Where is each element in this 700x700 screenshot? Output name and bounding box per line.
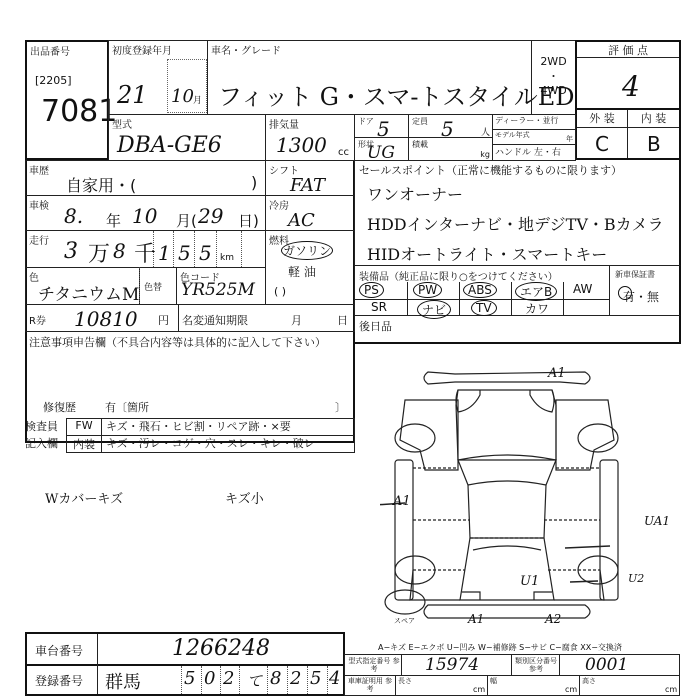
inspector-label-1: 検査員: [25, 418, 58, 435]
drive-2wd: 2WD: [532, 55, 575, 68]
color-code-box: 色コード YR525M: [176, 267, 266, 305]
damage-legend: A−キズ E−エクボ U−凹み W−補修跡 S−サビ C−腐食 XX−交換済: [378, 642, 622, 653]
type-info-box: 型式指定番号 参考 15974 類別区分番号 参考 0001 車庫証明用 参考 …: [344, 654, 680, 696]
lot-number: 7081: [41, 94, 117, 129]
warranty-label: 新車保証書: [615, 269, 655, 280]
fuel-diesel: 軽 油: [288, 263, 316, 280]
capacity-label: 定員: [412, 116, 428, 127]
color-box: 色 チタニウムM: [25, 267, 140, 305]
fw-items: キズ・飛石・ヒビ割・リペア跡・×要: [101, 418, 355, 436]
interior-inspect-label: 内装: [66, 435, 102, 453]
reg-digit: 0: [204, 668, 215, 689]
color-value: チタニウムM: [38, 280, 139, 305]
sales-point-line: HIDオートライト・スマートキー: [367, 242, 607, 265]
displacement-box: 排気量 1300 cc: [265, 114, 355, 161]
recycle-label: R券: [29, 312, 46, 327]
drive-dot: ・: [532, 68, 575, 84]
inspection-day: 29: [198, 204, 223, 228]
mark-right-door: UA1: [644, 514, 670, 528]
fuel-gasoline: ガソリン: [283, 244, 331, 258]
exterior-label: 外 装: [577, 110, 628, 128]
mark-front-bumper: A1: [548, 366, 566, 381]
equipment-label: 装備品（純正品に限り○をつけてください）: [359, 268, 558, 283]
name-change-month: 月: [291, 312, 302, 328]
load-unit: kg: [480, 150, 490, 159]
interior-grade: B: [647, 132, 661, 156]
shift-value: FAT: [290, 175, 325, 196]
lot-number-box: 出品番号 [2205] 7081: [25, 40, 109, 160]
equip-tv: TV: [471, 300, 497, 316]
height-unit: cm: [665, 685, 677, 694]
model-year-label: モデル年式: [495, 131, 530, 139]
reg-digit: 5: [184, 668, 195, 689]
warranty-circle: [618, 286, 632, 300]
equip-abs: ABS: [463, 282, 497, 298]
mileage-digit: 5: [178, 241, 191, 265]
category-label: 類別区分番号 参考: [513, 657, 559, 673]
drive-4wd: 4WD: [532, 84, 575, 97]
mark-left-side: A1: [393, 494, 411, 509]
fuel-box: 燃料 ガソリン 軽 油 ( ): [265, 230, 355, 305]
chassis-label: 車台番号: [35, 642, 83, 659]
model-year-box: モデル年式 年: [492, 129, 576, 145]
sales-points-label: セールスポイント（正常に機能するものに限ります）: [359, 162, 622, 178]
fw-label: FW: [66, 418, 102, 436]
mark-rear-glass: U1: [520, 574, 539, 589]
yen-unit: 円: [158, 312, 169, 328]
handle-label: ハンドル 左・右: [495, 148, 561, 158]
grade-box: 評 価 点 4 外 装 内 装 C B: [575, 40, 681, 160]
car-name-box: 車名・グレード フィット G・スマ-トスタイルED: [207, 40, 532, 115]
history-close: ): [251, 173, 257, 192]
inspection-year: 8.: [64, 204, 83, 228]
chassis-value: 1266248: [172, 636, 270, 661]
color-code-value: YR525M: [181, 280, 255, 300]
reg-digit: 2: [290, 668, 301, 689]
equip-aw: AW: [573, 282, 592, 296]
equip-airbag: エアB: [515, 282, 557, 301]
inspector-comment-2: キズ小: [225, 488, 264, 507]
displacement-value: 1300: [276, 133, 327, 157]
name-change-day: 日: [337, 312, 348, 328]
name-change-box: 名変通知期限 月 日: [178, 304, 355, 332]
fuel-other: ( ): [274, 285, 286, 298]
year-char: 年: [106, 210, 121, 231]
month-char: 月(: [176, 210, 197, 231]
mileage-digit: 1: [158, 241, 171, 265]
inspector-label-2: 記入欄: [25, 435, 58, 452]
reg-digit: 4: [329, 668, 340, 689]
equip-pw: PW: [413, 282, 442, 298]
year-unit: 年: [566, 134, 573, 144]
inspection-box: 車検 8. 年 10 月( 29 日): [25, 195, 266, 231]
inspection-label: 車検: [29, 197, 49, 212]
car-name-value: フィット G・スマ-トスタイルED: [218, 77, 575, 112]
first-reg-year: 21: [117, 81, 148, 109]
mileage-digit: 5: [199, 241, 212, 265]
repair-history-label: 修復歴: [43, 399, 76, 415]
repair-history-close: 〕: [335, 399, 346, 415]
mark-rear-quarter: U2: [628, 572, 644, 585]
model-label: 型式: [112, 116, 132, 131]
first-reg-label: 初度登録年月: [112, 42, 172, 57]
load-label: 積載: [412, 139, 428, 150]
capacity-box: 定員 5 人: [408, 114, 493, 138]
history-value: 自家用・(: [66, 173, 136, 196]
mileage-sen: 8: [113, 239, 126, 263]
lot-code: [2205]: [35, 74, 72, 87]
mileage-box: 走行 3 万 8 千 1 5 5 km: [25, 230, 266, 268]
grade-value: 4: [622, 70, 640, 103]
registration-prefecture: 群馬: [105, 668, 141, 694]
history-label: 車歴: [29, 162, 49, 177]
inspection-month: 10: [132, 204, 157, 228]
recycle-box: R券 10810 円: [25, 304, 179, 332]
sales-point-line: ワンオーナー: [367, 182, 463, 205]
width-label: 幅: [490, 676, 497, 686]
shape-box: 形状 UG: [354, 137, 409, 161]
sales-point-line: HDDインターナビ・地デジTV・Bカメラ: [367, 212, 664, 235]
reg-digit: 2: [223, 668, 234, 689]
displacement-label: 排気量: [269, 116, 299, 131]
mileage-label: 走行: [29, 232, 49, 247]
chassis-row: 車台番号 1266248 登録番号 群馬 5 0 2 て 8 2 5 4: [25, 632, 345, 696]
interior-label: 内 装: [628, 110, 679, 128]
day-char: 日): [238, 210, 259, 231]
door-box: ドア 5: [354, 114, 409, 138]
shift-box: シフト FAT: [265, 160, 355, 196]
model-box: 型式 DBA-GE6: [108, 114, 266, 161]
registration-label: 登録番号: [35, 672, 83, 689]
notes-box: 注意事項申告欄（不具合内容等は具体的に記入して下さい） 修復歴 有〔箇所 〕: [25, 331, 355, 415]
reg-digit: 5: [310, 668, 321, 689]
width-unit: cm: [565, 685, 577, 694]
sales-points-box: セールスポイント（正常に機能するものに限ります） ワンオーナー HDDインターナ…: [355, 160, 681, 266]
ac-label: 冷房: [269, 197, 289, 212]
equip-ps: PS: [359, 282, 384, 298]
history-box: 車歴 自家用・( ): [25, 160, 266, 196]
load-box: 積載 kg: [408, 137, 493, 161]
garage-cert-label: 車庫証明用 参考: [347, 677, 393, 693]
dealer-box: ディーラー・並行: [492, 114, 576, 130]
equip-leather: カワ: [525, 300, 549, 317]
dealer-label: ディーラー・並行: [495, 116, 558, 125]
reg-digit: て: [247, 670, 262, 691]
mileage-man: 3: [64, 239, 78, 264]
recycle-value: 10810: [74, 307, 138, 331]
first-reg-month: 10: [171, 86, 194, 107]
fuel-gasoline-circled: ガソリン: [281, 241, 333, 260]
color-change-box: 色替: [139, 267, 177, 305]
exterior-grade: C: [595, 132, 609, 156]
color-change-label: 色替: [144, 280, 162, 293]
mark-rear-bumper-right: A2: [545, 612, 561, 626]
reg-digit: 8: [270, 668, 281, 689]
spare-label: スペア: [394, 616, 415, 626]
later-items-label: 後日品: [359, 318, 392, 334]
interior-items: キズ・汚レ・コゲ・穴・スレ・キレ・破レ: [101, 435, 355, 453]
name-change-label: 名変通知期限: [182, 312, 248, 328]
car-name-label: 車名・グレード: [211, 42, 281, 57]
equip-sr: SR: [371, 300, 387, 314]
type-designation-label: 型式指定番号 参考: [348, 657, 400, 673]
cc-unit: cc: [338, 147, 349, 158]
lot-label: 出品番号: [30, 43, 70, 58]
later-items-box: 後日品: [355, 316, 681, 344]
type-designation-value: 15974: [425, 655, 479, 675]
length-unit: cm: [473, 685, 485, 694]
km-unit: km: [220, 253, 234, 263]
month-unit: 月: [193, 93, 202, 106]
inspector-label: 検査員 記入欄: [25, 418, 58, 452]
man-char: 万: [88, 237, 110, 268]
height-label: 高さ: [582, 676, 596, 686]
mark-rear-bumper-left: A1: [468, 612, 484, 626]
ac-box: 冷房 AC: [265, 195, 355, 231]
door-label: ドア: [358, 116, 374, 127]
first-registration: 初度登録年月 21 10 月: [108, 40, 208, 115]
length-label: 長さ: [398, 676, 412, 686]
drive-box: 2WD ・ 4WD: [531, 40, 576, 115]
grade-label: 評 価 点: [577, 42, 679, 58]
category-value: 0001: [585, 655, 628, 675]
notes-label: 注意事項申告欄（不具合内容等は具体的に記入して下さい）: [29, 334, 326, 350]
repair-history-value: 有〔箇所: [105, 399, 149, 415]
model-value: DBA-GE6: [117, 133, 222, 158]
equipment-box: 装備品（純正品に限り○をつけてください） 新車保証書 有・無 PS PW ABS…: [355, 266, 681, 316]
ac-value: AC: [288, 210, 315, 231]
handle-box: ハンドル 左・右: [492, 144, 576, 161]
inspector-comment-1: Wカバーキズ: [45, 488, 123, 507]
